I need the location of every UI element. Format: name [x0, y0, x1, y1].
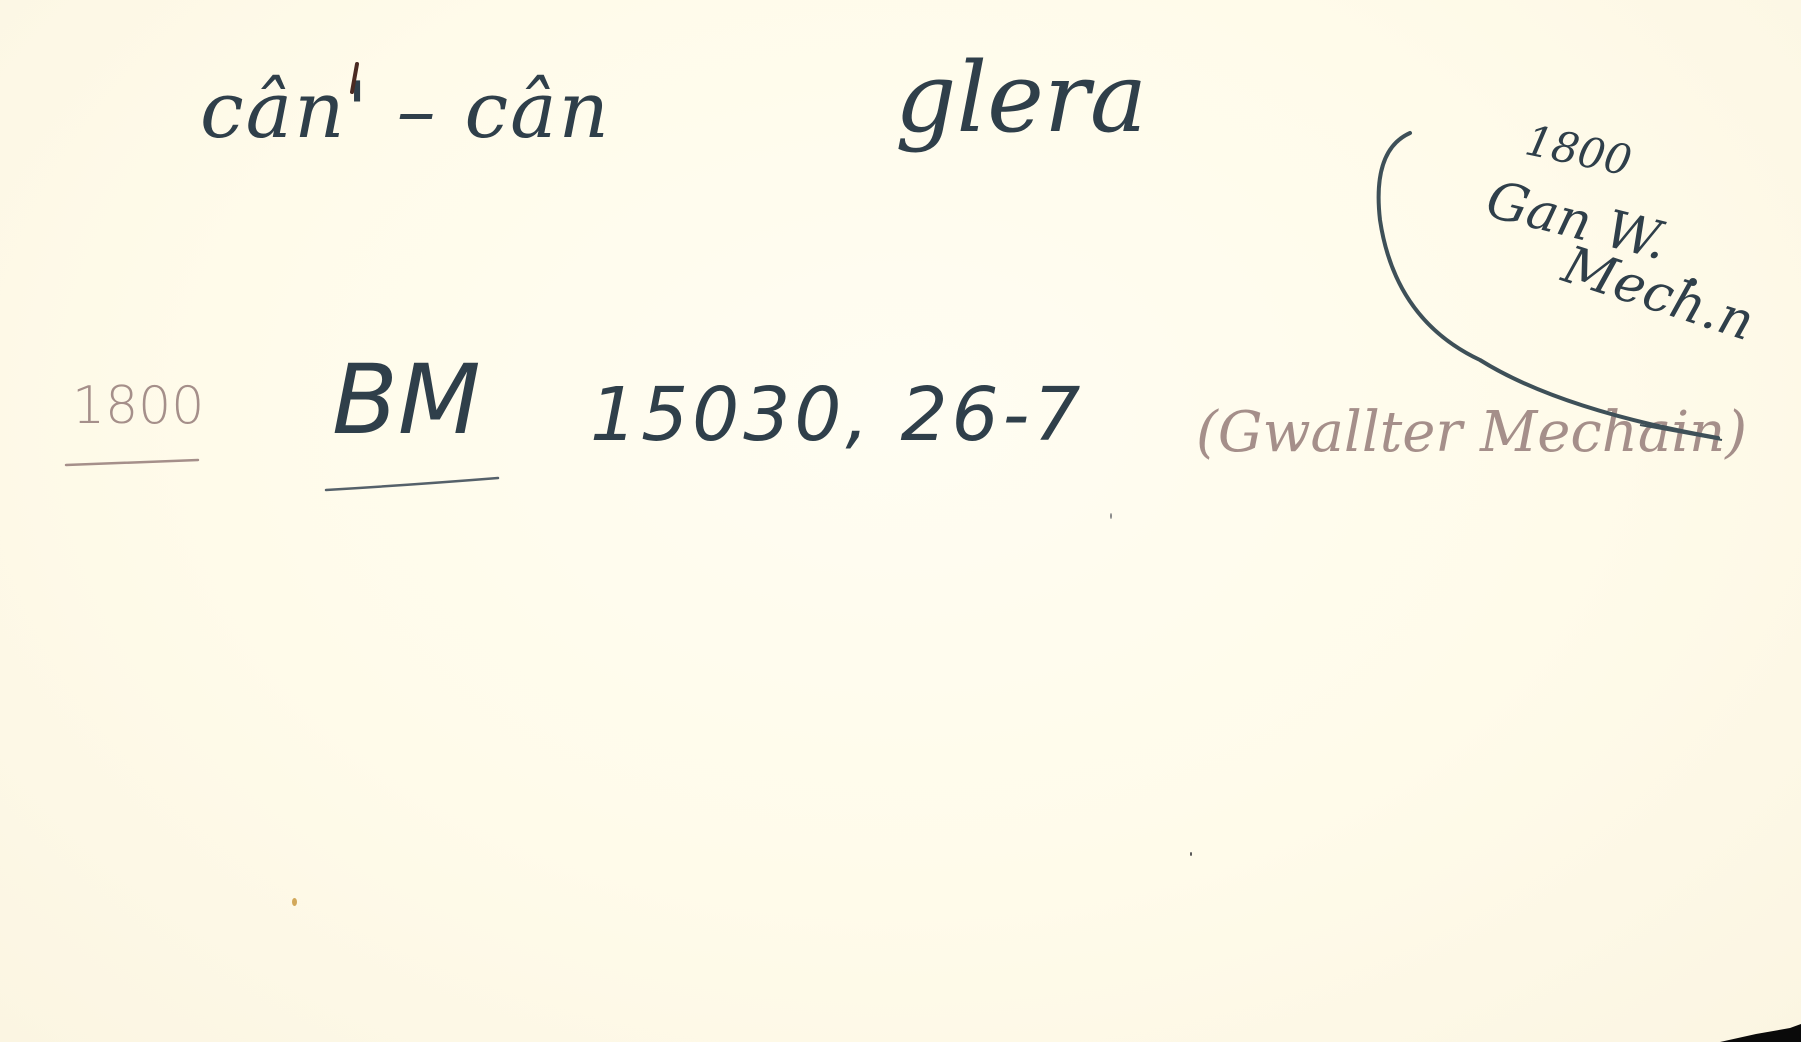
- paper-speck: [1110, 513, 1112, 519]
- bracket-tail: [1640, 425, 1722, 440]
- paper-speck: [1190, 852, 1192, 856]
- index-card: cân' – cân glera 1800 BM 15030, 26-7 (Gw…: [0, 0, 1801, 1042]
- ref-underline: [326, 478, 498, 490]
- ink-layer: cân' – cân glera 1800 BM 15030, 26-7 (Gw…: [0, 0, 1801, 1042]
- accent-mark: [352, 64, 357, 92]
- margin-bracket: [1379, 133, 1718, 438]
- abbrev-dot: [1689, 278, 1697, 286]
- pen-strokes: [0, 0, 1801, 1042]
- year-underline: [66, 460, 198, 465]
- paper-speck: [292, 898, 297, 906]
